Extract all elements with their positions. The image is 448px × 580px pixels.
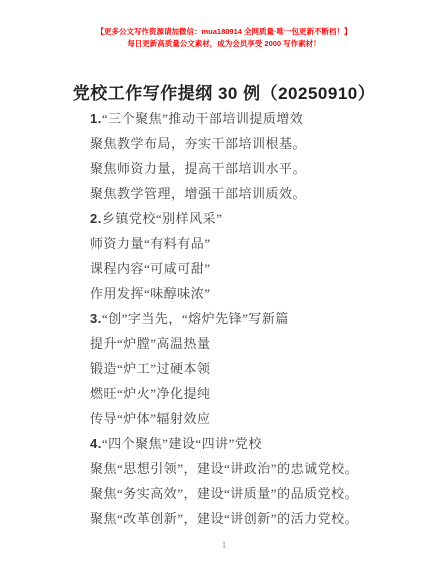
body-line: 作用发挥“味醇味浓”: [90, 287, 398, 301]
section-heading-text: “创”字当先，“熔炉先锋”写新篇: [102, 311, 289, 326]
section-heading-text: “四个聚焦”建设“四讲”党校: [102, 436, 262, 451]
section-number: 1.: [90, 111, 102, 126]
body-line: 聚焦教学管理，增强干部培训质效。: [90, 187, 398, 201]
page-title: 党校工作写作提纲 30 例（20250910）: [0, 84, 448, 104]
header-notice-line-1: 【更多公文写作资源请加微信：mua180914 全网质量·唯一包更新不断档！】: [0, 26, 448, 38]
body-line: 聚焦“务实高效”，建设“讲质量”的品质党校。: [90, 487, 398, 501]
section-number: 2.: [90, 211, 102, 226]
body-line: 传导“炉体”辐射效应: [90, 412, 398, 426]
body-line: 聚焦教学布局，夯实干部培训根基。: [90, 137, 398, 151]
section-heading-text: 乡镇党校“别样风采”: [102, 211, 223, 226]
body-line: 燃旺“炉火”净化提纯: [90, 387, 398, 401]
document-body: 1.“三个聚焦”推动干部培训提质增效 聚焦教学布局，夯实干部培训根基。 聚焦师资…: [0, 112, 448, 526]
body-line: 锻造“炉工”过硬本领: [90, 362, 398, 376]
header-notice: 【更多公文写作资源请加微信：mua180914 全网质量·唯一包更新不断档！】 …: [0, 0, 448, 50]
header-notice-line-2: 每日更新高质量公文素材，成为会员享受 2000 写作素材！: [0, 38, 448, 50]
section-heading-text: “三个聚焦”推动干部培训提质增效: [102, 111, 304, 126]
body-line: 课程内容“可咸可甜”: [90, 262, 398, 276]
body-line: 提升“炉膛”高温热量: [90, 337, 398, 351]
body-line: 聚焦“思想引领”，建设“讲政治”的忠诚党校。: [90, 462, 398, 476]
section-heading: 2.乡镇党校“别样风采”: [90, 212, 398, 226]
section-heading: 4.“四个聚焦”建设“四讲”党校: [90, 437, 398, 451]
body-line: 聚焦“改革创新”，建设“讲创新”的活力党校。: [90, 512, 398, 526]
page-number: 1: [0, 540, 448, 550]
section-heading: 1.“三个聚焦”推动干部培训提质增效: [90, 112, 398, 126]
body-line: 师资力量“有料有品”: [90, 237, 398, 251]
document-page: 【更多公文写作资源请加微信：mua180914 全网质量·唯一包更新不断档！】 …: [0, 0, 448, 580]
section-number: 3.: [90, 311, 102, 326]
section-heading: 3.“创”字当先，“熔炉先锋”写新篇: [90, 312, 398, 326]
section-number: 4.: [90, 436, 102, 451]
body-line: 聚焦师资力量，提高干部培训水平。: [90, 162, 398, 176]
